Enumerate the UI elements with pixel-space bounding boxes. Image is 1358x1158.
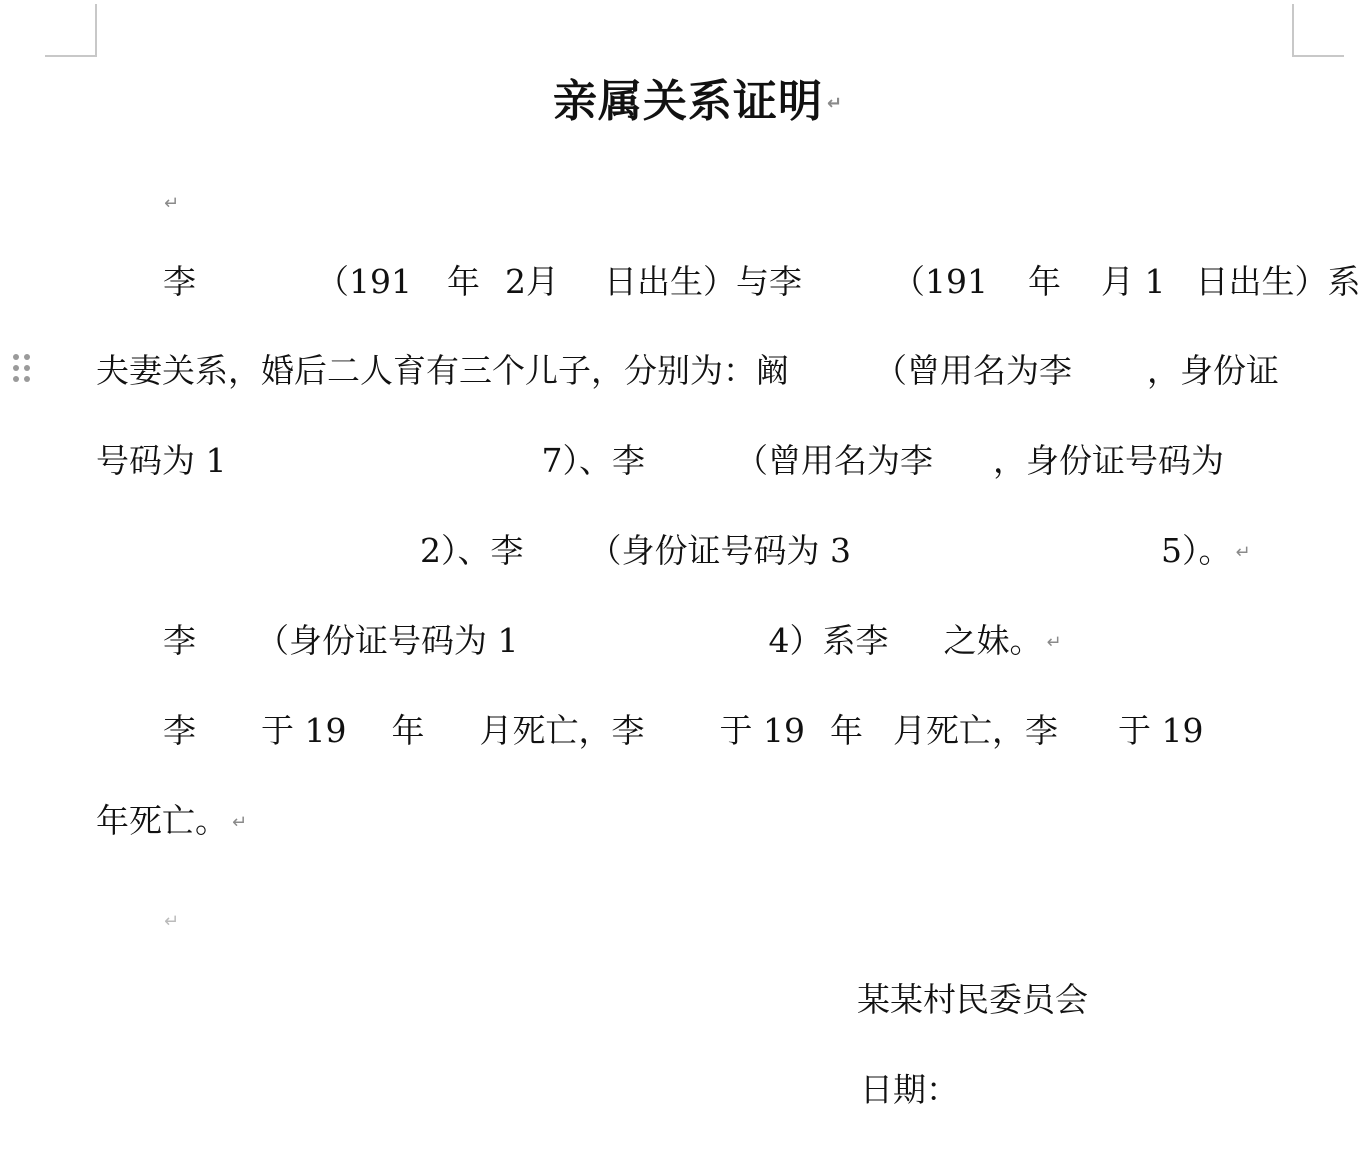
body-line-6: 李于 19年月死亡，李于 19年月死亡，李于 19 [163,711,1203,751]
empty-paragraph: ↵ [160,900,179,942]
document-title: 亲属关系证明↵ [553,76,843,130]
empty-paragraph: ↵ [160,182,179,224]
paragraph-mark-icon: ↵ [232,812,247,833]
paragraph-mark-icon: ↵ [1236,542,1251,563]
paragraph-mark-icon: ↵ [164,911,179,932]
signature-organization: 某某村民委员会 [857,980,1088,1020]
body-line-7: 年死亡。↵ [96,801,247,843]
signature-date-label: 日期： [860,1070,959,1110]
body-line-4: 2）、李（身份证号码为 35）。↵ [420,531,1251,573]
page-margin-corner-top-right [1292,4,1344,57]
body-line-2: 夫妻关系，婚后二人育有三个儿子，分别为：阚（曾用名为李，身份证 [96,351,1279,391]
paragraph-mark-icon: ↵ [827,93,843,114]
body-line-1: 李（191年2月日出生）与李（191年月 1日出生）系 [163,262,1358,302]
paragraph-drag-handle-icon[interactable] [13,354,33,386]
paragraph-mark-icon: ↵ [164,193,179,214]
page-margin-corner-top-left [45,4,97,57]
paragraph-mark-icon: ↵ [1047,632,1062,653]
body-line-3: 号码为 17）、李（曾用名为李，身份证号码为 [96,441,1224,481]
body-line-5: 李（身份证号码为 14）系李之妹。↵ [163,621,1062,663]
